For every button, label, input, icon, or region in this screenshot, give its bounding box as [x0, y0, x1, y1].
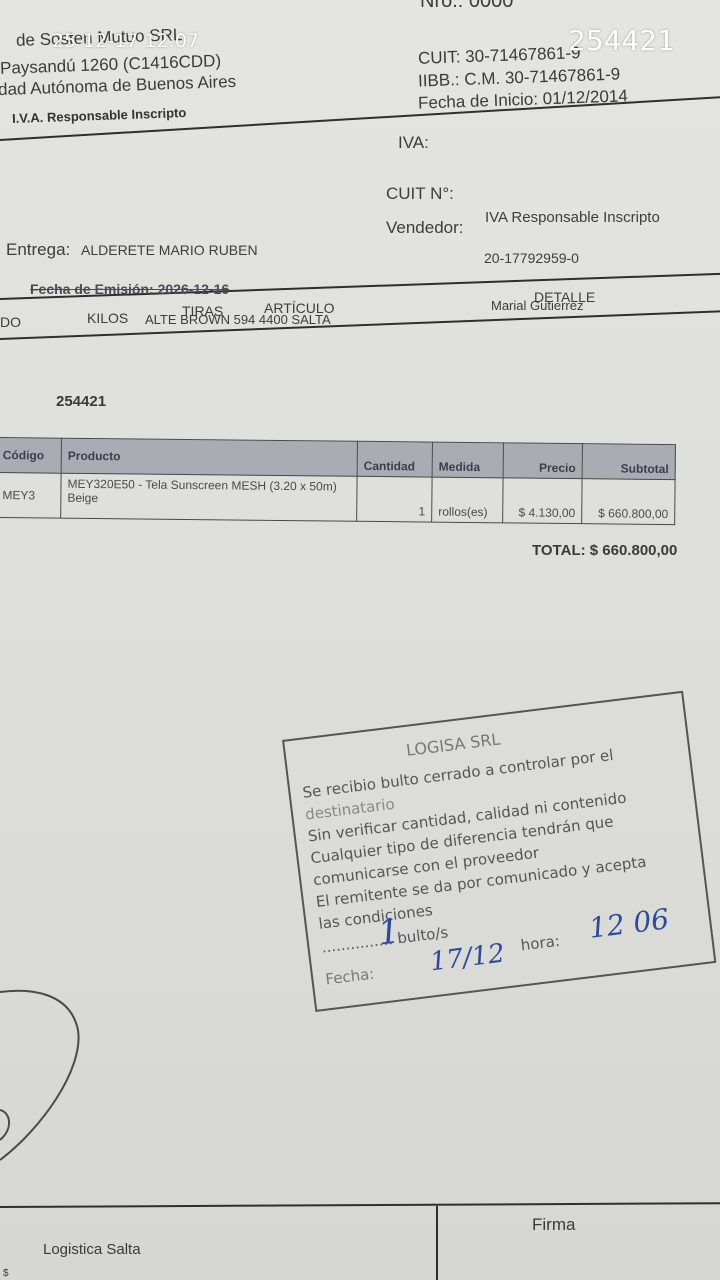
col-codigo: Código: [0, 438, 61, 474]
iva-label: IVA:: [398, 133, 429, 153]
table-row: MEY3 MEY320E50 - Tela Sunscreen MESH (3.…: [0, 473, 675, 525]
stamp-hora-label: hora:: [520, 932, 561, 955]
footer-corner-mark: $: [3, 1268, 9, 1279]
signature-scribble: [0, 960, 100, 1180]
cell-cantidad: 1: [357, 476, 432, 522]
handwritten-hora: 12 06: [587, 902, 671, 945]
col-producto: Producto: [61, 438, 357, 476]
footer-signature-label: Firma: [532, 1215, 575, 1235]
cuit-label: CUIT N°:: [386, 184, 454, 204]
footer-column-divider: [436, 1206, 438, 1280]
entrega-label: Entrega:: [6, 240, 70, 260]
stamp-line-1: Se recibio bulto cerrado a controlar por…: [302, 746, 615, 802]
order-total: TOTAL: $ 660.800,00: [532, 542, 677, 559]
vendor-cuit: 20-17792959-0: [484, 250, 579, 266]
producto-line1: MEY320E50 - Tela Sunscreen MESH (3.20 x …: [67, 477, 350, 494]
col-subtotal: Subtotal: [582, 444, 675, 480]
cell-subtotal: $ 660.800,00: [582, 479, 675, 525]
col-cantidad: Cantidad: [357, 441, 432, 477]
column-articulo: ARTÍCULO: [264, 300, 335, 316]
cell-precio: $ 4.130,00: [503, 478, 582, 524]
column-tiras: TIRAS: [182, 303, 223, 319]
items-table: Código Producto Cantidad Medida Precio S…: [0, 437, 676, 525]
emission-date: Fecha de Emisión: 2026-12-16: [30, 281, 229, 297]
entrega-value: ALDERETE MARIO RUBEN: [81, 242, 258, 258]
seller-name: Marial Gutierrez: [491, 298, 583, 313]
column-do: DO: [0, 314, 21, 330]
vendor-iva: IVA Responsable Inscripto: [485, 209, 660, 226]
document-number-partial: Nro.: 0000: [420, 0, 513, 13]
cell-codigo: MEY3: [0, 473, 61, 519]
photo-order-number: 254421: [568, 24, 675, 57]
issuer-cuit: CUIT: 30-71467861-9: [418, 43, 581, 69]
handwritten-fecha: 17/12: [428, 939, 506, 978]
footer-divider: [0, 1202, 720, 1208]
stamp-fecha-label: Fecha:: [324, 965, 375, 989]
col-medida: Medida: [432, 442, 503, 478]
vendor-label: Vendedor:: [386, 218, 464, 238]
issuer-iva-condition: I.V.A. Responsable Inscripto: [12, 105, 187, 126]
cell-medida: rollos(es): [432, 477, 503, 523]
footer-logistics-label: Logistica Salta: [43, 1241, 141, 1258]
photo-timestamp: 25-12-17 12:07: [52, 30, 199, 52]
order-number: 254421: [56, 393, 106, 410]
column-kilos: KILOS: [87, 310, 128, 326]
producto-line2: Beige: [67, 491, 350, 508]
col-precio: Precio: [503, 443, 582, 479]
cell-producto: MEY320E50 - Tela Sunscreen MESH (3.20 x …: [61, 473, 357, 521]
logisa-reception-stamp: LOGISA SRL Se recibio bulto cerrado a co…: [282, 691, 716, 1012]
stamp-title: LOGISA SRL: [405, 729, 501, 759]
